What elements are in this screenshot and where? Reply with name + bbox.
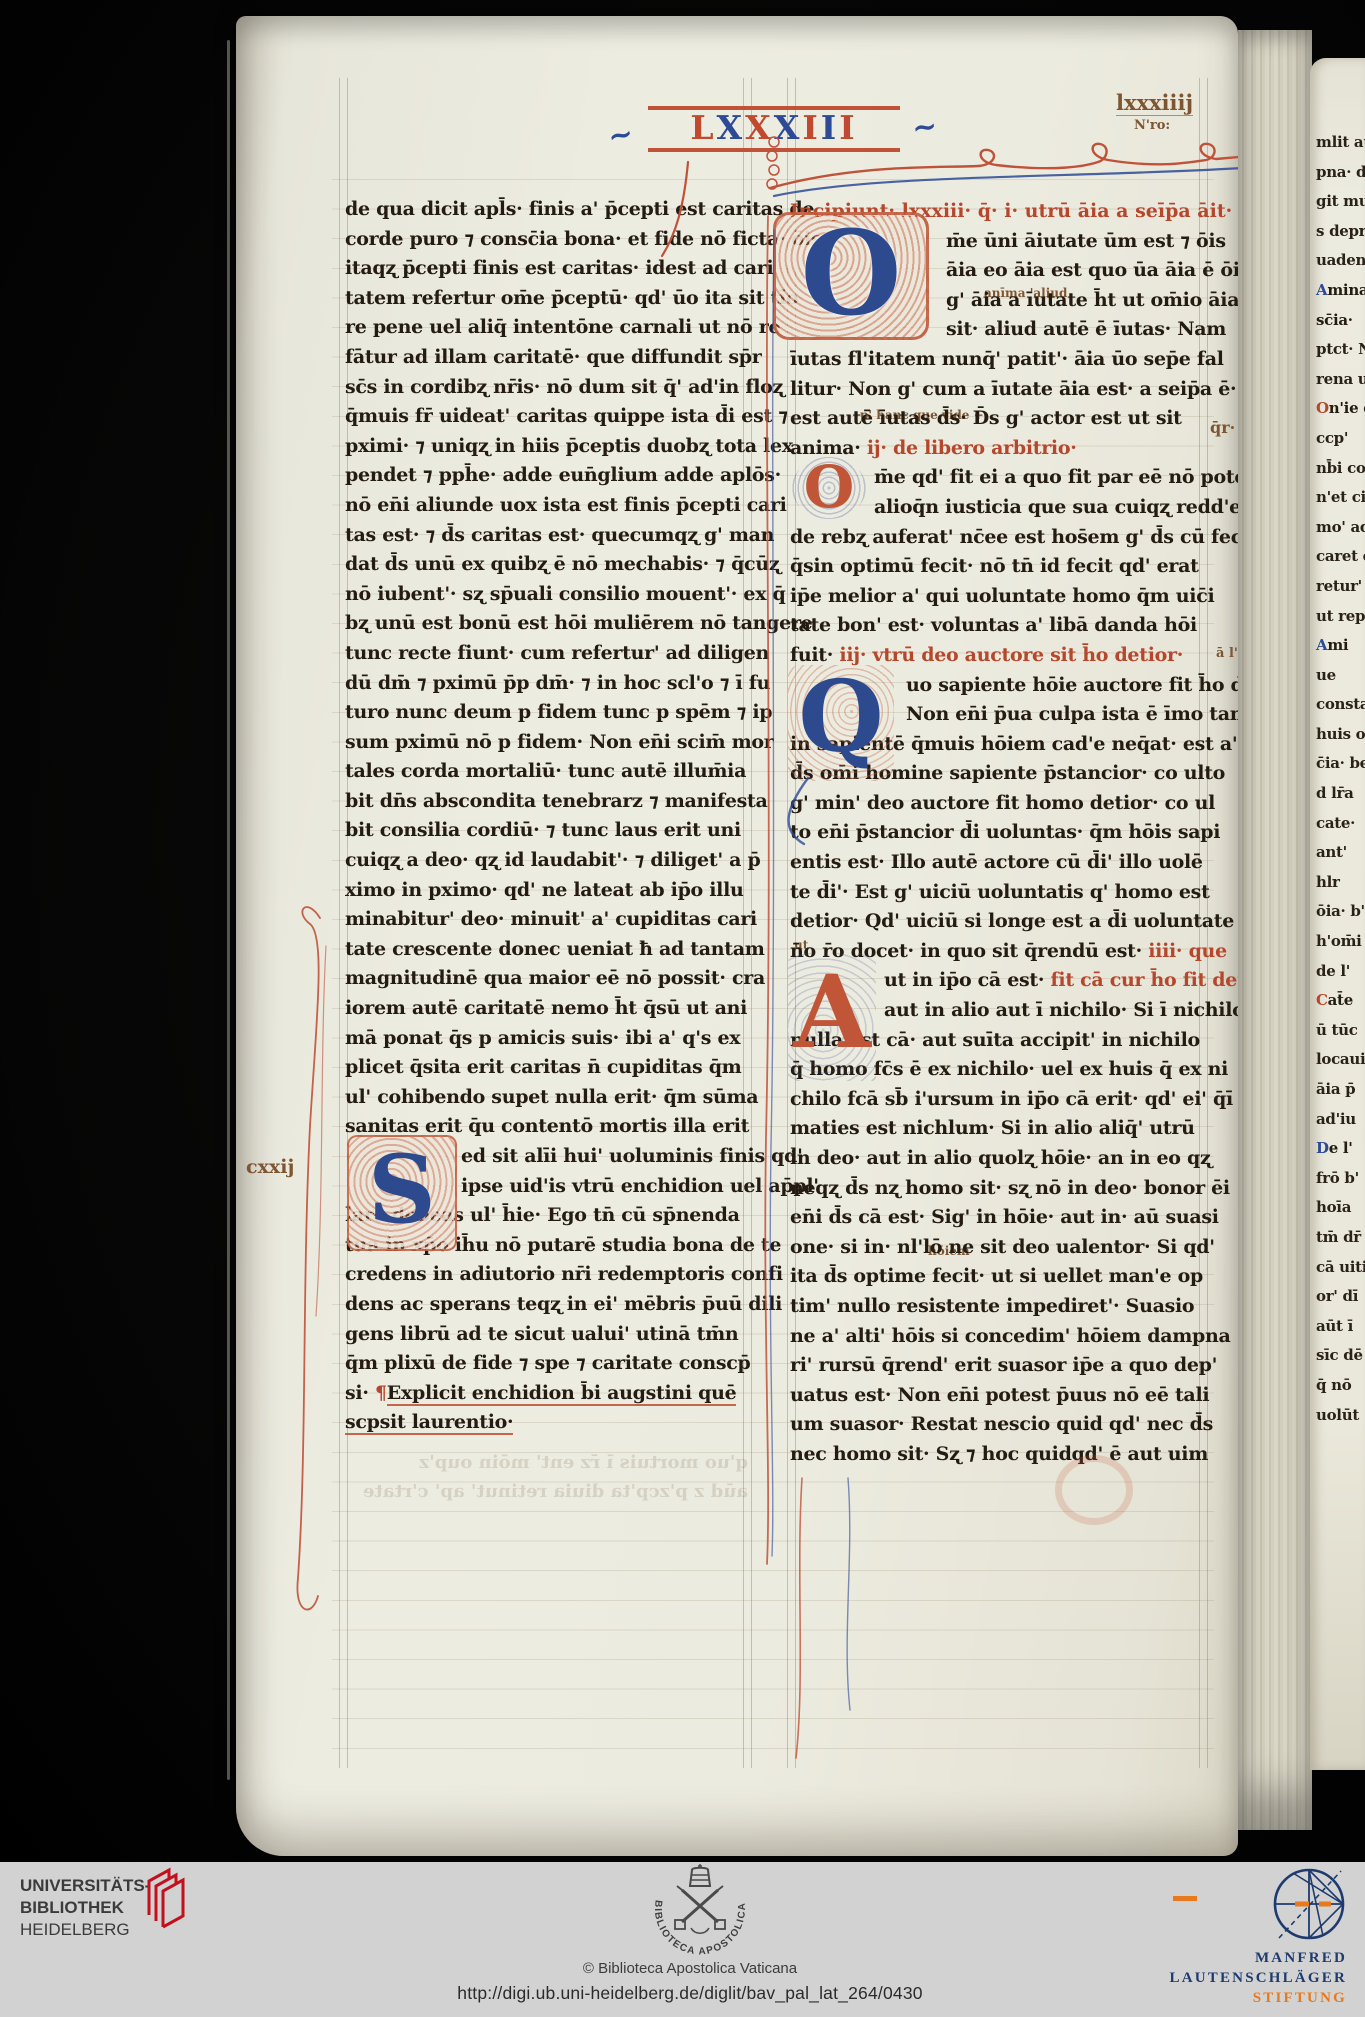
facing-page-text: mlit aupna· degit mu's deprauadenteAmina… [1316,128,1365,1430]
margin-number-annotation: N'ro: [1134,118,1170,133]
text-column-left: de qua dicit apl̄s· finis a' p̄cepti est… [345,195,749,1438]
manuscript-line: ximo in pximo· qd' ne lateat ab ip̄o ill… [345,876,749,906]
manuscript-line: tatem refertur om̄e p̄ceptū· qd' ūo it… [345,284,749,314]
next-page-text-fragment: sīc dē [1316,1341,1365,1371]
next-page-text-fragment: huis op' [1316,720,1365,750]
manuscript-line: m̄e ūni āiutate ūm est ⁊ ōis [946,227,1206,257]
next-page-text-fragment: locaui [1316,1045,1365,1075]
manuscript-line: in deo· aut in alio quolʐ hōie· an in e… [790,1144,1206,1174]
manuscript-page: LXXXIII ~ ~ lxxxiiij N'ro: q̄r· ā l'īa… [236,16,1238,1856]
next-page-text-fragment: s depra [1316,217,1365,247]
next-page-text-fragment: h'om̄i [1316,927,1365,957]
manuscript-line: detior· Qd' uiciū si longe est a d̄i uo… [790,907,1206,937]
digitization-footer-bar: UNIVERSITÄTS- BIBLIOTHEK HEIDELBERG [0,1862,1365,2017]
digitized-manuscript-screenshot: LXXXIII ~ ~ lxxxiiij N'ro: q̄r· ā l'īa… [0,0,1365,2017]
manuscript-line: bit dn̄s abscondita tenebrarz ⁊ manifest… [345,787,749,817]
stiftung-globe-icon [1271,1866,1347,1942]
manuscript-line: ita d̄s optime fecit· ut si uellet man'e… [790,1262,1206,1292]
folio-numeral-letter: X [745,108,774,147]
manuscript-line: q̄sin optimū fecit· nō tn̄ id fecit qd… [790,552,1206,582]
stiftung-name-line: STIFTUNG [1170,1988,1348,2008]
next-page-text-fragment: git mu' [1316,187,1365,217]
manuscript-line: plicet q̄sita erit caritas n̄ cupiditas … [345,1053,749,1083]
library-name-line: HEIDELBERG [20,1919,150,1941]
next-page-text-fragment: ū tūc [1316,1016,1365,1046]
manuscript-line: one· si in· nl'lō ne sit deo ualentor· … [790,1233,1206,1263]
next-page-text-fragment: c̄ia· be [1316,749,1365,779]
manuscript-line: nō iubent'· sʐ sp̄uali consilio mouent'… [345,580,749,610]
vatican-library-seal-icon: BIBLIOTECA APOSTOLICA VATICANA [635,1864,765,1960]
next-page-text-fragment: or' dī [1316,1282,1365,1312]
manuscript-line: īutas fl'itatem nunq̄' patit'· āia ūo… [790,345,1206,375]
next-page-text-fragment: ōia· b'e [1316,897,1365,927]
manuscript-line: ul' cohibendo supet nulla erit· q̄m sūm… [345,1083,749,1113]
manuscript-line: est autē īutas d̄s· D̄s g' actor est u… [790,404,1206,434]
next-page-text-fragment: constar [1316,690,1365,720]
margin-chapter-number: cxxij [246,1156,294,1178]
folio-numeral-letter: I [802,108,820,147]
manuscript-line: magnitudinē qua maior eē nō possit· c… [345,964,749,994]
manuscript-line: bit consilia cordiū· ⁊ tunc laus erit u… [345,816,749,846]
manuscript-line: q̄muis fr̄ uideat' caritas quippe ista d… [345,402,749,432]
next-page-text-fragment: n'et ci' a [1316,483,1365,513]
next-page-text-fragment: uadente [1316,246,1365,276]
pen-flourish-icon: ~ [605,116,637,155]
manuscript-line: ut in ip̄o cā est· fit cā cur h̄o fit … [884,966,1206,996]
manuscript-line: tate bon' est· voluntas a' libā danda h… [790,611,1206,641]
manuscript-line: tas est· ⁊ d̄s caritas est· quecumqʐ g' … [345,521,749,551]
book-fore-edge [1238,30,1312,1830]
folio-numeral-letter: L [690,108,716,147]
next-page-text-fragment: Cat̄e [1316,986,1365,1016]
manuscript-line: dens ac sperans teqʐ in ei' mēbris p̄uu… [345,1290,749,1320]
next-page-text-fragment: ptct· No [1316,335,1365,365]
manuscript-line: bʐ unū est bonū est hōi muliērem nō… [345,609,749,639]
manuscript-line: āia eo āia est quo ūa āia ē ōis [946,256,1206,286]
decorated-initial-A: A [788,953,876,1081]
manuscript-line: uo sapiente hōie auctore fit h̄o detior… [906,671,1206,701]
manuscript-line: credens in adiutorio nr̄i redemptoris co… [345,1260,749,1290]
copyright-notice: © Biblioteca Apostolica Vaticana [340,1960,1040,1977]
library-name-line: UNIVERSITÄTS- [20,1875,150,1897]
next-page-text-fragment: ant' [1316,838,1365,868]
next-page-text-fragment: frō b' [1316,1164,1365,1194]
text-column-right: Incipiunt· lxxxiii· q̄· i· utrū āia a … [790,197,1206,1470]
manuscript-line: en̄i d̄s cā est· Sig' in hōie· aut in·… [790,1203,1206,1233]
manuscript-line: itaqʐ p̄cepti finis est caritas· idest a… [345,254,749,284]
next-page-text-fragment: On'ie q [1316,394,1365,424]
manuscript-line: ne a' alti' hōis si concedim' hōiem da… [790,1322,1206,1352]
next-page-text-fragment: cā uiti [1316,1253,1365,1283]
footer-center-texts: © Biblioteca Apostolica Vaticana http://… [340,1960,1040,2004]
decorated-initial-O: O [792,457,866,519]
manuscript-line: neqʐ d̄s nʐ homo sit· sʐ nō in deo· bon… [790,1174,1206,1204]
manuscript-line: re pene uel aliq̄ intentōne carnali ut … [345,313,749,343]
manuscript-line: Non en̄i p̄ua culpa ista ē īmo tanta e… [906,700,1206,730]
manuscript-line: dat d̄s unū ex quibʐ ē nō mechabis· ⁊… [345,550,749,580]
ruling-line-vertical [339,78,340,1768]
manuscript-line: gens librū ad te sicut ualui' utinā tm… [345,1320,749,1350]
folio-numeral-letter: I [821,108,839,147]
next-page-text-fragment: Ami [1316,631,1365,661]
manuscript-line: g' min' deo auctore fit homo detior· co … [790,789,1206,819]
library-name-line: BIBLIOTHEK [20,1897,150,1919]
manuscript-line: nō en̄i aliunde uox ista est finis p̄ce… [345,491,749,521]
manuscript-line: sit· aliud autē ē īutas· Nam [946,315,1206,345]
next-page-text-fragment: mo' ad u [1316,513,1365,543]
manuscript-line: chilo fcā sb̄ i'ursum in ip̄o cā erit·… [790,1085,1206,1115]
facing-page-partial: mlit aupna· degit mu's deprauadenteAmina… [1310,58,1365,1770]
manuscript-line: tim' nullo resistente impediret'· Suasio [790,1292,1206,1322]
manuscript-line: pendet ⁊ pph̄e· adde eun̄glium adde aplo… [345,461,749,491]
stiftung-logo: MANFRED LAUTENSCHLÄGER STIFTUNG [1170,1866,1348,2008]
next-page-text-fragment: mlit au [1316,128,1365,158]
manuscript-line: te d̄i'· Est g' uiciū uoluntatis q' hom… [790,878,1206,908]
manuscript-line: entis est· Illo autē actore cū d̄i' il… [790,848,1206,878]
margin-quare-note: q̄r· [1210,418,1235,437]
next-page-text-fragment: ad'iu [1316,1105,1365,1135]
folio-numeral-letter: X [774,108,803,147]
next-page-text-fragment: de l' [1316,957,1365,987]
decorated-initial-O: O [773,212,929,340]
library-name: UNIVERSITÄTS- BIBLIOTHEK HEIDELBERG [20,1875,150,1941]
manuscript-line: sc̄s in cordibʐ nr̄is· nō dum sit q̄' a… [345,373,749,403]
next-page-text-fragment: d lr̄a [1316,779,1365,809]
next-page-text-fragment: hoīa [1316,1193,1365,1223]
next-page-text-fragment: rena ut p̄ [1316,365,1365,395]
manuscript-line: ri' rursū q̄rend' erit suasor ip̄e a qu… [790,1351,1206,1381]
manuscript-line: aut in alio aut ī nichilo· Si ī nichil… [884,996,1206,1026]
margin-folio-annotation: lxxxiiij [1116,90,1193,116]
manuscript-line: uatus est· Non en̄i potest p̄uus nō eē… [790,1381,1206,1411]
page-stack-edge [227,40,230,1780]
next-page-text-fragment: q̄ nō [1316,1371,1365,1401]
manuscript-line: nec homo sit· Sʐ ⁊ hoc quidqd' ē aut ui… [790,1440,1206,1470]
manuscript-line: g' āia a īutate h̄t ut om̄io āia [946,286,1206,316]
next-page-text-fragment: āia p̄ [1316,1075,1365,1105]
next-page-text-fragment: aūt ī [1316,1312,1365,1342]
bleed-through-text: q'uo mortuis ī r̄z ent' mōin oup'zaūd… [348,1448,748,1506]
open-book-logo-icon [143,1865,193,1939]
folio-number: LXXXIII [648,106,900,152]
next-page-text-fragment: ccp' [1316,424,1365,454]
decorated-initial-Q: Q [788,665,894,781]
manuscript-line: tales corda mortaliū· tunc autē illum̄… [345,757,749,787]
manuscript-line: dū dm̄ ⁊ pximū p̄p dm̄· ⁊ in hoc scl'o… [345,669,749,699]
next-page-text-fragment: cate· [1316,809,1365,839]
folio-numeral-letter: X [717,108,746,147]
next-page-text-fragment: ut reptu [1316,602,1365,632]
manuscript-line: ip̄e melior a' qui uoluntate homo q̄m ui… [790,582,1206,612]
folio-numeral-letter: I [839,108,857,147]
manuscript-line: iorem autē caritatē nemo h̄t q̄sū ut … [345,994,749,1024]
pen-flourish-icon: ~ [910,108,940,146]
next-page-text-fragment: De l' [1316,1134,1365,1164]
ghost-line: q'uo mortuis ī r̄z ent' mōin oup'z [348,1448,748,1477]
manuscript-line: fātur ad illam caritatē· que diffundit… [345,343,749,373]
ghost-line: aūd z p'zcp'ta diuia retinut' ap' c'rta… [348,1477,748,1506]
next-page-text-fragment: sc̄ia· [1316,306,1365,336]
manuscript-line: cuiqʐ a deo· qʐ id laudabit'· ⁊ diliget'… [345,846,749,876]
manuscript-line: scpsit laurentio· [345,1408,749,1438]
source-url: http://digi.ub.uni-heidelberg.de/diglit/… [340,1983,1040,2004]
manuscript-line: corde puro ⁊ consc̄ia bona· et fide nō … [345,225,749,255]
next-page-text-fragment: uolūt [1316,1401,1365,1431]
manuscript-line: si· ¶Explicit enchidion b̄i augstini que… [345,1379,749,1409]
next-page-text-fragment: tm̄ dr̄ [1316,1223,1365,1253]
next-page-text-fragment: pna· de [1316,158,1365,188]
manuscript-line: tunc recte fiunt· cum refertur' ad dilig… [345,639,749,669]
manuscript-line: maties est nichlum· Si in alio aliq̄' ut… [790,1114,1206,1144]
manuscript-line: turo nunc deum p fidem tunc p spēm ⁊ ip [345,698,749,728]
manuscript-line: tate crescente donec ueniat ħ ad tantam [345,935,749,965]
manuscript-line: to en̄i p̄stancior d̄i uoluntas· q̄m hō… [790,818,1206,848]
next-page-text-fragment: caret cui [1316,542,1365,572]
next-page-text-fragment: hlr [1316,868,1365,898]
manuscript-line: de rebʐ auferat' nc̄ee est hos̄em g' d̄s… [790,523,1206,553]
next-page-text-fragment: ue [1316,661,1365,691]
manuscript-line: de qua dicit apl̄s· finis a' p̄cepti est… [345,195,749,225]
manuscript-line: ed sit alīi hui' uoluminis finis qd' [461,1142,749,1172]
manuscript-line: ipse uid'is vtrū enchidion uel ap̄pl' [461,1172,749,1202]
manuscript-line: um suasor· Restat nescio quid qd' nec d̄… [790,1410,1206,1440]
black-photo-backdrop: LXXXIII ~ ~ lxxxiiij N'ro: q̄r· ā l'īa… [0,0,1365,1862]
manuscript-line: q̄m plixū de fide ⁊ spe ⁊ caritate cons… [345,1349,749,1379]
stiftung-name-line: LAUTENSCHLÄGER [1170,1968,1348,1988]
manuscript-line: pximi· ⁊ uniqʐ in hiis p̄ceptis duobʐ to… [345,432,749,462]
manuscript-line: sum pximū nō p fidem· Non en̄i scim̄ m… [345,728,749,758]
stiftung-name-line: MANFRED [1170,1948,1348,1968]
next-page-text-fragment: retur' to [1316,572,1365,602]
manuscript-line: alioq̄n iusticia que sua cuiqʐ redd'e dʐ… [874,493,1206,523]
next-page-text-fragment: Amina [1316,276,1365,306]
manuscript-line: litur· Non g' cum a īutate āia est· a … [790,375,1206,405]
manuscript-line: minabitur' deo· minuit' a' cupiditas car… [345,905,749,935]
bleed-through-initial [1055,1455,1133,1525]
manuscript-line: m̄e qd' fit ei a quo fit par eē nō pot… [874,463,1206,493]
decorated-initial-S: S [347,1135,457,1251]
manuscript-line: mā ponat q̄s p amicis suis· ibi a' q's … [345,1024,749,1054]
next-page-text-fragment: nb̄i cont [1316,454,1365,484]
